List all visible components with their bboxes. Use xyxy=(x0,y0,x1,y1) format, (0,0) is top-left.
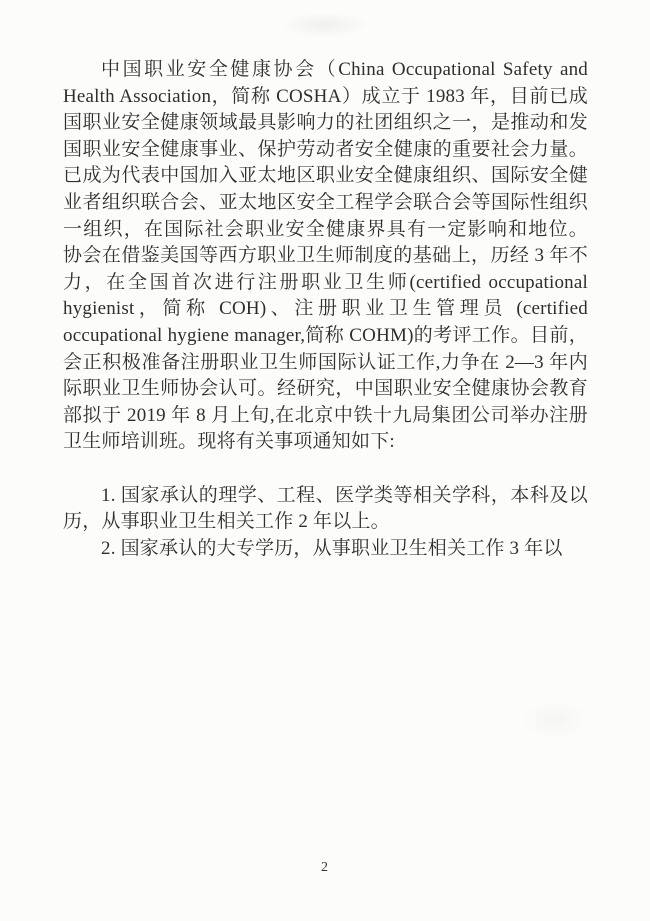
intro-line: 国职业安全健康事业、保护劳动者安全健康的重要社会力量。协会 xyxy=(63,137,588,164)
scanned-document-page: 中国职业安全健康协会（China Occupational Safety and… xyxy=(0,0,650,921)
page-number: 2 xyxy=(0,860,650,876)
content-row: 10. 职业心理健康;11. 工作场所健康促进; xyxy=(63,722,588,749)
content-row: 2. 职业卫生法律法规;3. 职业卫生基础知识; xyxy=(63,615,588,642)
document-body: 中国职业安全健康协会（China Occupational Safety and… xyxy=(63,57,588,855)
intro-line: Health Association，简称 COSHA）成立于 1983 年，目… xyxy=(63,84,588,111)
intro-line: hygienist，简称 COH)、注册职业卫生管理员 (certified xyxy=(63,296,588,323)
content-row: 4. 职业危害因素识别;5. 职业健康风险评估; xyxy=(63,642,588,669)
intro-line: 中国职业安全健康协会（China Occupational Safety and xyxy=(63,57,588,84)
section1-heading-line: 一、注册职业卫生师报考条件（下列条件之一） xyxy=(63,456,588,483)
content-row: 16. 职业危害应急处置;17. 职业健康监护与职业病诊断; xyxy=(63,802,588,829)
requirement-item2: 2. 国家承认的大专学历，从事职业卫生相关工作 3 年以上。 xyxy=(63,536,588,563)
content-row: 8. 职业危害因素检测技术;9. 工效学基础; xyxy=(63,695,588,722)
content-row: 6. 职业危害控制技术;7. 个体防护用品; xyxy=(63,669,588,696)
intro-line: 部拟于 2019 年 8 月上旬,在北京中铁十九局集团公司举办注册职业 xyxy=(63,403,588,430)
scan-artifact xyxy=(280,12,370,38)
intro-line: 卫生师培训班。现将有关事项通知如下: xyxy=(63,429,588,456)
intro-line: 业者组织联合会、亚太地区安全工程学会联合会等国际性组织的唯 xyxy=(63,190,588,217)
requirement-item1-line2: 历，从事职业卫生相关工作 2 年以上。 xyxy=(63,509,588,536)
content-row: 1. 目前我国职业健康工作面临的形势及主要任务; xyxy=(63,589,588,616)
content-row: 14. 化学毒物危害及控制;15. 物理因素危害及控制; xyxy=(63,775,588,802)
content-row: 12. 职业流行病调查;13. 粉尘的危害及控制; xyxy=(63,748,588,775)
intro-line: 际职业卫生师协会认可。经研究，中国职业安全健康协会教育培训 xyxy=(63,376,588,403)
intro-line: 力，在全国首次进行注册职业卫生师(certified occupational xyxy=(63,270,588,297)
requirement-item1-line1: 1. 国家承认的理学、工程、医学类等相关学科，本科及以上学 xyxy=(63,483,588,510)
intro-line: 国职业安全健康领域最具影响力的社团组织之一，是推动和发展我 xyxy=(63,110,588,137)
intro-line: 会正积极准备注册职业卫生师国际认证工作,力争在 2—3 年内被国 xyxy=(63,350,588,377)
intro-line: 协会在借鉴美国等西方职业卫生师制度的基础上，历经 3 年不懈努 xyxy=(63,243,588,270)
intro-line: 一组织，在国际社会职业安全健康界具有一定影响和地位。2015 年， xyxy=(63,217,588,244)
content-row: 18. 职业卫生管理。 xyxy=(63,828,588,855)
intro-line: occupational hygiene manager,简称 COHM)的考评… xyxy=(63,323,588,350)
section2-heading-line: 二、主要内容 xyxy=(63,562,588,589)
intro-line: 已成为代表中国加入亚太地区职业安全健康组织、国际安全健康从 xyxy=(63,163,588,190)
